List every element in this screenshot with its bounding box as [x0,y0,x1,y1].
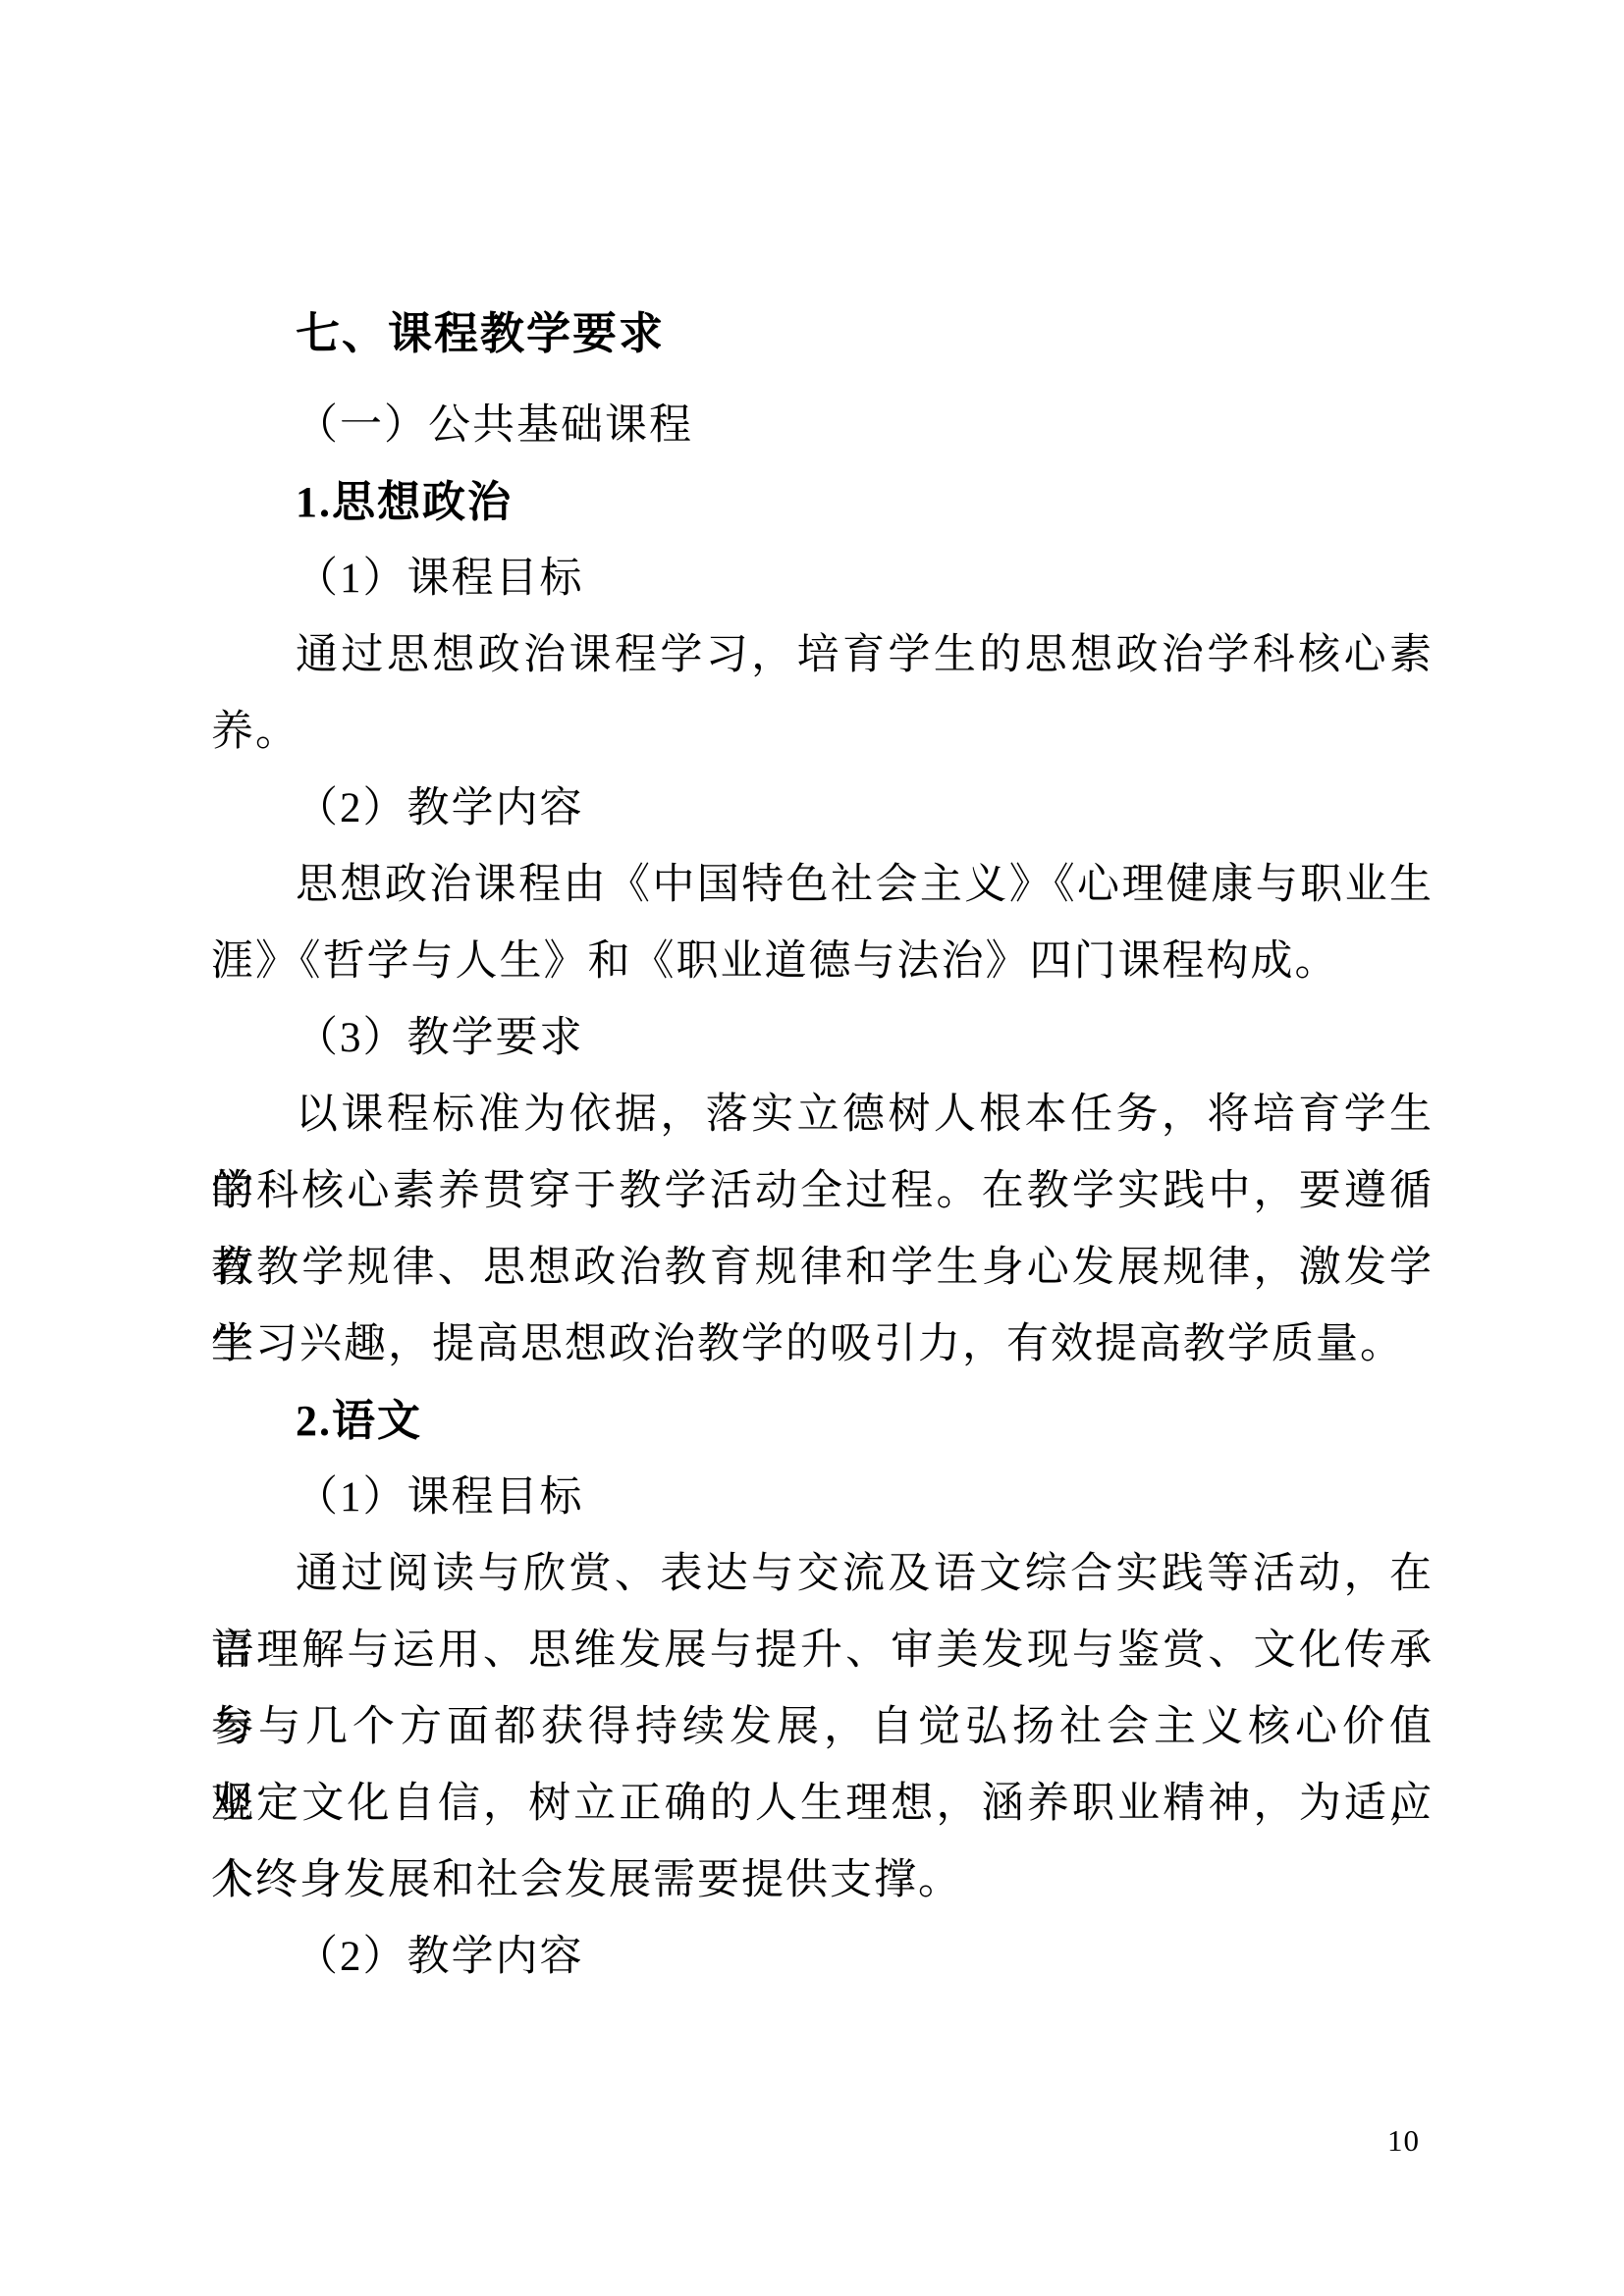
paragraph-line: 学习兴趣，提高思想政治教学的吸引力，有效提高教学质量。 [211,1307,1434,1383]
page-number: 10 [1387,2123,1420,2159]
paragraph-line: 思想政治课程由《中国特色社会主义》《心理健康与职业生 [211,847,1434,924]
course-heading-politics: 1.思想政治 [211,464,1434,541]
document-page: 七、课程教学要求 （一）公共基础课程 1.思想政治 （1）课程目标 通过思想政治… [0,0,1624,2296]
paragraph-line: 人终身发展和社会发展需要提供支撑。 [211,1842,1434,1919]
paragraph-line: 养。 [211,694,1434,771]
paragraph-line: 坚定文化自信，树立正确的人生理想，涵养职业精神，为适应个 [211,1766,1434,1842]
item-heading-requirements: （3）教学要求 [211,1000,1434,1077]
paragraph-line: 涯》《哲学与人生》和《职业道德与法治》四门课程构成。 [211,924,1434,1000]
item-heading-content: （2）教学内容 [211,1919,1434,1996]
document-body: 七、课程教学要求 （一）公共基础课程 1.思想政治 （1）课程目标 通过思想政治… [211,295,1434,1996]
paragraph-line: 学科核心素养贯穿于教学活动全过程。在教学实践中，要遵循教 [211,1153,1434,1230]
paragraph-line: 育教学规律、思想政治教育规律和学生身心发展规律，激发学生 [211,1230,1434,1307]
paragraph-line: 以课程标准为依据，落实立德树人根本任务，将培育学生的 [211,1077,1434,1153]
item-heading-objectives: （1）课程目标 [211,541,1434,617]
paragraph-line: 通过阅读与欣赏、表达与交流及语文综合实践等活动，在语 [211,1536,1434,1613]
course-heading-chinese: 2.语文 [211,1383,1434,1460]
paragraph-line: 参与几个方面都获得持续发展，自觉弘扬社会主义核心价值观， [211,1689,1434,1766]
chapter-heading: 七、课程教学要求 [211,295,1434,372]
subsection-heading: （一）公共基础课程 [211,388,1434,464]
item-heading-content: （2）教学内容 [211,771,1434,847]
paragraph-line: 言理解与运用、思维发展与提升、审美发现与鉴赏、文化传承与 [211,1613,1434,1689]
paragraph-line: 通过思想政治课程学习，培育学生的思想政治学科核心素 [211,617,1434,694]
item-heading-objectives: （1）课程目标 [211,1460,1434,1536]
